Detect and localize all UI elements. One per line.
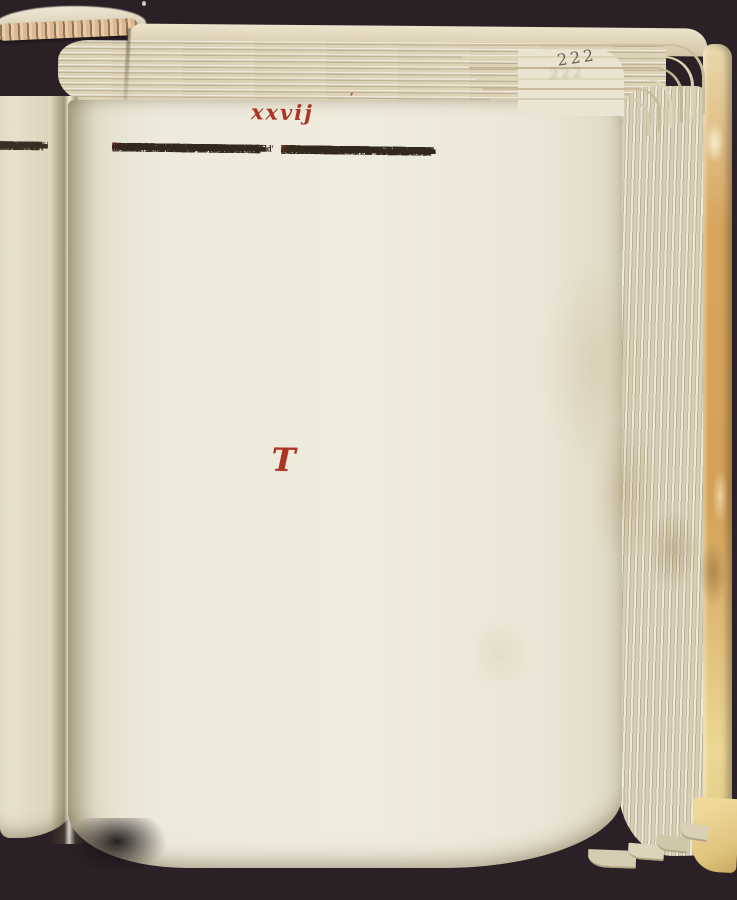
text-line: uita eterna.ut itelligerem9 dcū ad uitaʒ <box>281 145 450 159</box>
chapter-heading: xxvij <box>230 99 334 125</box>
rubric-drop-cap-initial: T <box>271 447 295 473</box>
text-column-left: gn̄cto.cod.n.mō tā charitas qʒ grā bn̄ta… <box>112 142 274 144</box>
text-line: iter meritū ogrui τ meritū odigni <box>112 142 275 156</box>
text-column-right: Ex p̄dictis ergo bn̄i pōt ql'r grā auget… <box>281 145 450 147</box>
text-block: xxvij ʼ uʒ ¶Itē mebis s̄ qd estci9 qd̄ b… <box>0 0 737 900</box>
book-scan: xxvij ʼ uʒ ¶Itē mebis s̄ qd estci9 qd̄ b… <box>0 0 737 900</box>
text-line: q̄ sic uidet̄ <box>0 141 48 153</box>
folio-number-ghost: 222 <box>549 63 585 83</box>
rubric-flourish-mark: ʼ <box>350 91 354 104</box>
facing-page-text-fragments: uʒ ¶Itē mebis s̄ qd estci9 qd̄ balsbs vn… <box>0 141 48 142</box>
